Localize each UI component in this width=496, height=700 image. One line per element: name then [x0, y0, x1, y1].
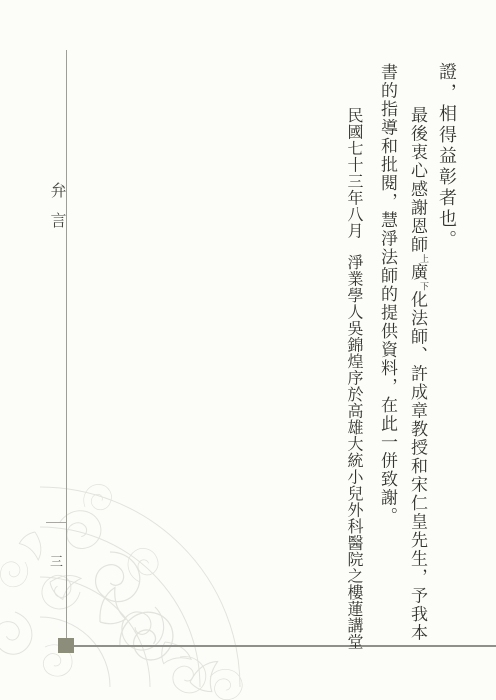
margin-rule-bottom	[74, 645, 496, 647]
honorific-upper-char: 上	[418, 254, 428, 263]
honorific-lower-char: 下	[418, 282, 428, 291]
col2-acknowledgement-post: 化法師、許成章教授和宋仁皇先生，予我本	[407, 291, 427, 643]
page-number-tick	[46, 522, 66, 523]
corner-square	[58, 638, 74, 653]
text-column-1: 證，相得益彰者也。	[437, 62, 455, 251]
page-number: 三	[50, 551, 63, 570]
signature-author-line: 淨業學人吳錦煌序於高雄大統小兒外科醫院之樓蓮講堂	[345, 254, 364, 650]
margin-rule-vertical	[66, 50, 67, 641]
floral-watermark-ornament	[0, 412, 310, 700]
margin-title-preface: 弁言	[49, 182, 65, 242]
text-column-4-signature: 民國七十三年八月淨業學人吳錦煌序於高雄大統小兒外科醫院之樓蓮講堂	[346, 63, 362, 650]
signature-date: 民國七十三年八月	[345, 107, 364, 239]
master-name-first-char: 廣	[407, 263, 427, 282]
text-column-2: 最後衷心感謝恩師上廣下化法師、許成章教授和宋仁皇先生，予我本	[408, 63, 427, 642]
text-column-3: 書的指導和批閱，慧淨法師的提供資料，在此一併致謝。	[378, 63, 395, 526]
book-page: 弁言 三 證，相得益彰者也。 最後衷心感謝恩師上廣下化法師、許成章教授和宋仁皇先…	[0, 0, 496, 700]
col2-acknowledgement-pre: 最後衷心感謝恩師	[407, 106, 427, 254]
